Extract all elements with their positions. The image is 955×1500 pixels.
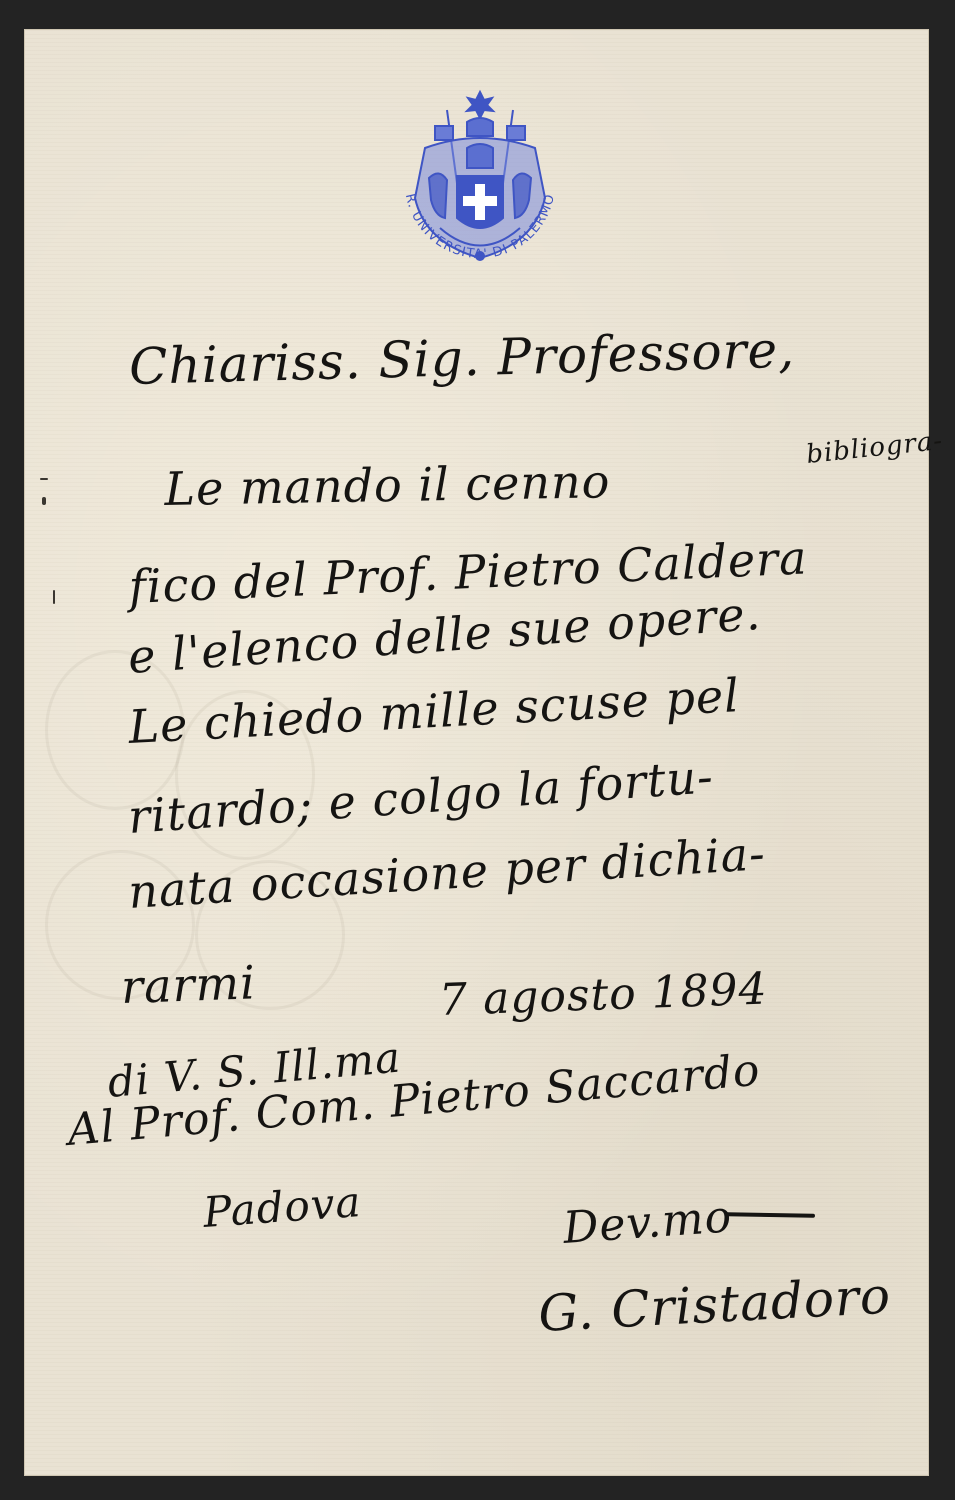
university-crest: R. UNIVERSITA' DI PALERMO <box>395 88 565 278</box>
body-line-7: rarmi <box>120 955 257 1014</box>
coat-of-arms-icon: R. UNIVERSITA' DI PALERMO <box>395 88 565 278</box>
scan-frame: R. UNIVERSITA' DI PALERMO Chiariss. Sig.… <box>0 0 955 1500</box>
body-line-1: Le mando il cenno <box>164 454 611 516</box>
margin-speck <box>42 497 46 505</box>
margin-speck <box>40 478 48 480</box>
margin-speck <box>53 590 55 604</box>
